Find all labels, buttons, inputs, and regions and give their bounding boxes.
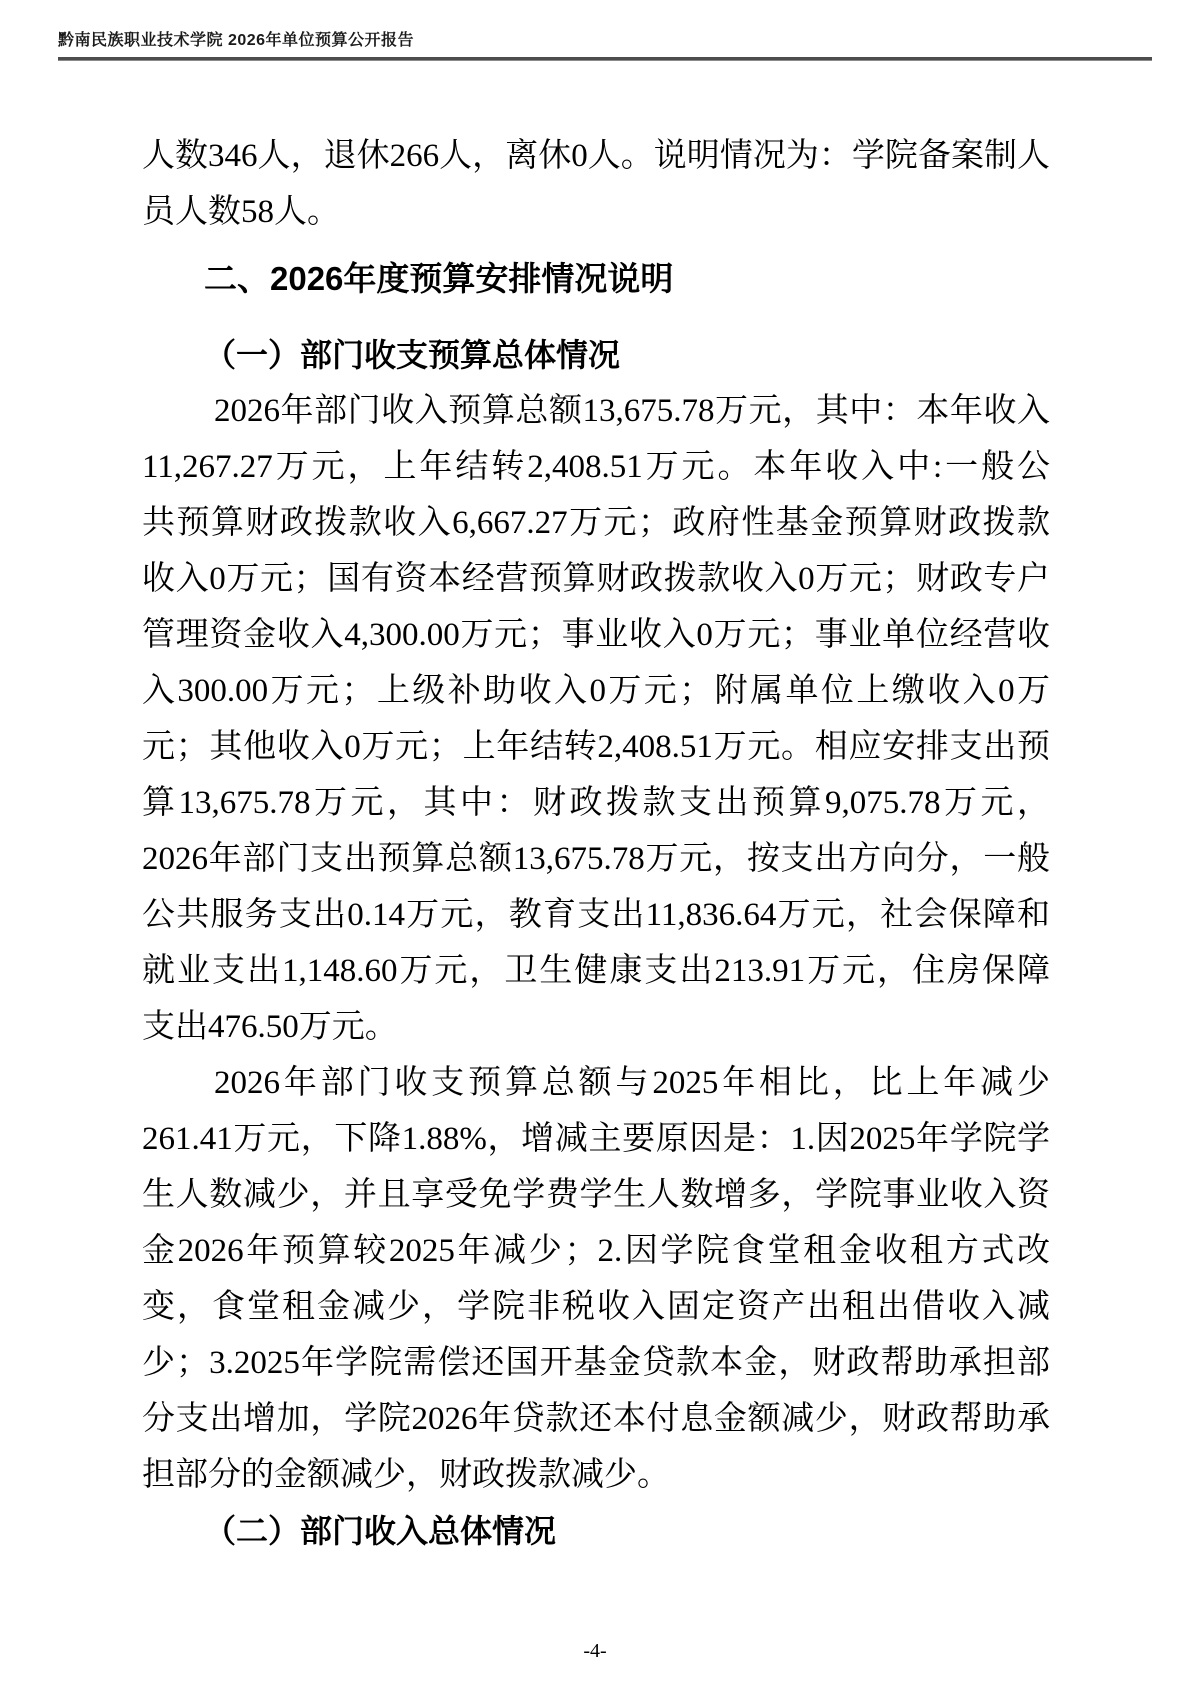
text-line: 共预算财政拨款收入6,667.27万元；政府性基金预算财政拨款 xyxy=(142,495,1050,551)
document-body: 人数346人，退休266人，离休0人。说明情况为：学院备案制人员人数58人。 二… xyxy=(142,128,1050,1559)
text-line: 2026年部门收支预算总额与2025年相比，比上年减少 xyxy=(142,1055,1050,1111)
header-rule xyxy=(58,57,1152,61)
text-line: 算13,675.78万元，其中：财政拨款支出预算9,075.78万元， xyxy=(142,775,1050,831)
text-line: 分支出增加，学院2026年贷款还本付息金额减少，财政帮助承 xyxy=(142,1391,1050,1447)
page-number: -4- xyxy=(583,1640,606,1662)
text-line: 少；3.2025年学院需偿还国开基金贷款本金，财政帮助承担部 xyxy=(142,1335,1050,1391)
subsection2-heading: （二）部门收入总体情况 xyxy=(142,1503,1050,1559)
text-line: 公共服务支出0.14万元，教育支出11,836.64万元，社会保障和 xyxy=(142,887,1050,943)
section-heading: 二、2026年度预算安排情况说明 xyxy=(142,251,1050,307)
text-line: 金2026年预算较2025年减少；2.因学院食堂租金收租方式改 xyxy=(142,1223,1050,1279)
text-line: 生人数减少，并且享受免学费学生人数增多，学院事业收入资 xyxy=(142,1167,1050,1223)
text-line: 2026年部门支出预算总额13,675.78万元，按支出方向分，一般 xyxy=(142,831,1050,887)
text-line: 管理资金收入4,300.00万元；事业收入0万元；事业单位经营收 xyxy=(142,607,1050,663)
text-line: 担部分的金额减少，财政拨款减少。 xyxy=(142,1447,1050,1503)
text-line: 元；其他收入0万元；上年结转2,408.51万元。相应安排支出预 xyxy=(142,719,1050,775)
page-footer: -4- xyxy=(0,1638,1190,1664)
text-line: 支出476.50万元。 xyxy=(142,999,1050,1055)
text-line: 收入0万元；国有资本经营预算财政拨款收入0万元；财政专户 xyxy=(142,551,1050,607)
header-title: 黔南民族职业技术学院 2026年单位预算公开报告 xyxy=(58,30,1152,52)
text-line: 11,267.27万元，上年结转2,408.51万元。本年收入中:一般公 xyxy=(142,439,1050,495)
text-line: 就业支出1,148.60万元，卫生健康支出213.91万元，住房保障 xyxy=(142,943,1050,999)
page-header: 黔南民族职业技术学院 2026年单位预算公开报告 xyxy=(58,30,1152,61)
text-line: 员人数58人。 xyxy=(142,184,1050,240)
text-line: 人数346人，退休266人，离休0人。说明情况为：学院备案制人 xyxy=(142,128,1050,184)
text-line: 261.41万元，下降1.88%，增减主要原因是：1.因2025年学院学 xyxy=(142,1111,1050,1167)
paragraph-budget-overview: 2026年部门收入预算总额13,675.78万元，其中：本年收入11,267.2… xyxy=(142,383,1050,1055)
document-page: 黔南民族职业技术学院 2026年单位预算公开报告 人数346人，退休266人，离… xyxy=(0,0,1190,1684)
text-line: 入300.00万元；上级补助收入0万元；附属单位上缴收入0万 xyxy=(142,663,1050,719)
paragraph-staff-continuation: 人数346人，退休266人，离休0人。说明情况为：学院备案制人员人数58人。 xyxy=(142,128,1050,240)
text-line: 变，食堂租金减少，学院非税收入固定资产出租出借收入减 xyxy=(142,1279,1050,1335)
text-line: 2026年部门收入预算总额13,675.78万元，其中：本年收入 xyxy=(142,383,1050,439)
paragraph-year-comparison: 2026年部门收支预算总额与2025年相比，比上年减少261.41万元，下降1.… xyxy=(142,1055,1050,1503)
subsection1-heading: （一）部门收支预算总体情况 xyxy=(142,327,1050,383)
